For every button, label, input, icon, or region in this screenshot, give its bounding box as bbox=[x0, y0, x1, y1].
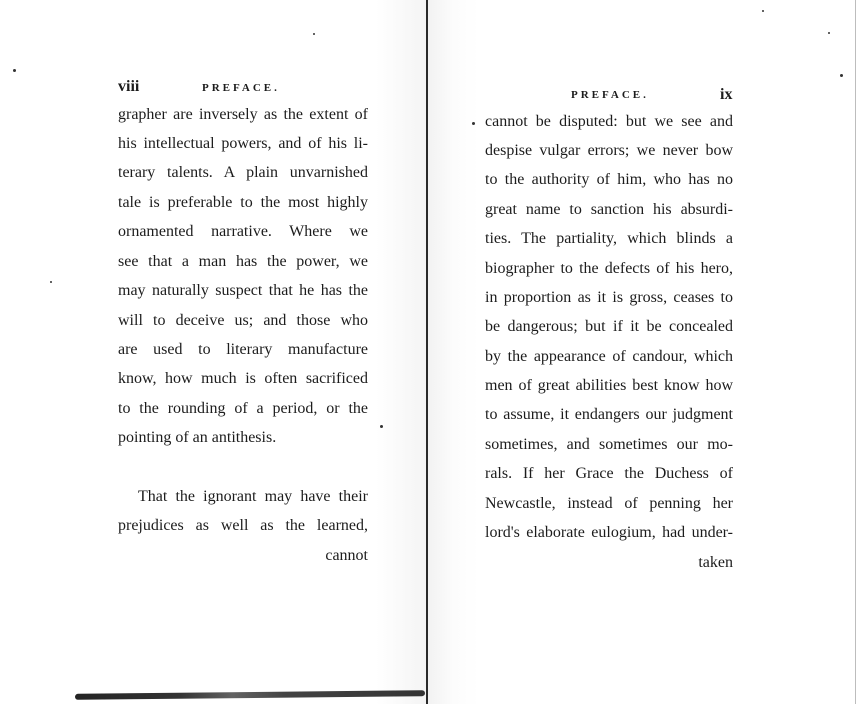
right-page: PREFACE. ix cannot be disputed: but we s… bbox=[428, 0, 856, 704]
left-page-number: viii bbox=[118, 78, 139, 96]
text-line: to assume, it endangers our judgment bbox=[485, 405, 733, 425]
scan-speck bbox=[313, 33, 315, 35]
text-line: pointing of an antithesis. bbox=[118, 428, 368, 448]
scan-smudge bbox=[75, 690, 425, 700]
right-page-number: ix bbox=[720, 86, 732, 104]
scan-speck bbox=[380, 425, 383, 428]
text-line: cannot be disputed: but we see and bbox=[485, 112, 733, 132]
text-line: prejudices as well as the learned, bbox=[118, 516, 368, 536]
text-line: to the rounding of a period, or the bbox=[118, 399, 368, 419]
book-spread: viii PREFACE. grapher are inversely as t… bbox=[0, 0, 857, 704]
text-line: know, how much is often sacrificed bbox=[118, 369, 368, 389]
scan-speck bbox=[50, 281, 52, 283]
scan-speck bbox=[13, 69, 16, 72]
left-running-head: PREFACE. bbox=[202, 82, 280, 94]
text-line: grapher are inversely as the extent of bbox=[118, 105, 368, 125]
scan-speck bbox=[472, 122, 475, 125]
text-line: in proportion as it is gross, ceases to bbox=[485, 288, 733, 308]
text-line: to the authority of him, who has no bbox=[485, 170, 733, 190]
text-line: sometimes, and sometimes our mo- bbox=[485, 435, 733, 455]
text-line: be dangerous; but if it be concealed bbox=[485, 317, 733, 337]
text-line: That the ignorant may have their bbox=[118, 487, 368, 507]
left-page-header: viii PREFACE. bbox=[118, 78, 378, 98]
text-line: lord's elaborate eulogium, had under- bbox=[485, 523, 733, 543]
text-line: may naturally suspect that he has the bbox=[118, 281, 368, 301]
text-line: rals. If her Grace the Duchess of bbox=[485, 464, 733, 484]
scan-speck bbox=[840, 74, 843, 77]
text-line: Newcastle, instead of penning her bbox=[485, 494, 733, 514]
text-line: terary talents. A plain unvarnished bbox=[118, 163, 368, 183]
scan-speck bbox=[828, 32, 830, 34]
text-line: his intellectual powers, and of his li- bbox=[118, 134, 368, 154]
scan-speck bbox=[762, 10, 764, 12]
text-line: tale is preferable to the most highly bbox=[118, 193, 368, 213]
text-line: men of great abilities best know how bbox=[485, 376, 733, 396]
text-line: biographer to the defects of his hero, bbox=[485, 259, 733, 279]
right-page-header: PREFACE. ix bbox=[571, 86, 771, 106]
text-line: ties. The partiality, which blinds a bbox=[485, 229, 733, 249]
text-line: are used to literary manufacture bbox=[118, 340, 368, 360]
text-line: will to deceive us; and those who bbox=[118, 311, 368, 331]
text-line: see that a man has the power, we bbox=[118, 252, 368, 272]
text-line: great name to sanction his absurdi- bbox=[485, 200, 733, 220]
page-edge bbox=[855, 0, 856, 704]
left-page: viii PREFACE. grapher are inversely as t… bbox=[0, 0, 427, 704]
catchword: cannot bbox=[118, 546, 368, 566]
text-line: ornamented narrative. Where we bbox=[118, 222, 368, 242]
text-line: by the appearance of candour, which bbox=[485, 347, 733, 367]
text-line: despise vulgar errors; we never bow bbox=[485, 141, 733, 161]
catchword: taken bbox=[485, 553, 733, 573]
right-running-head: PREFACE. bbox=[571, 89, 649, 101]
